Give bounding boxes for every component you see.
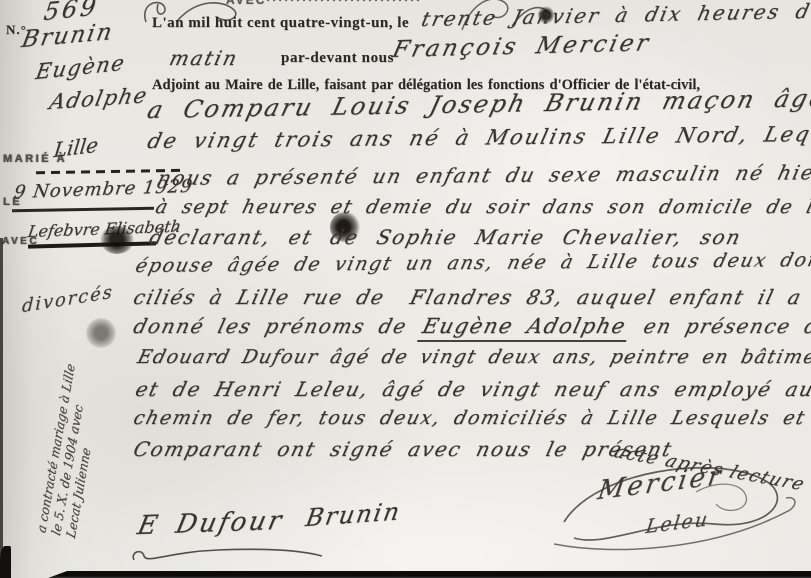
act-line-handwritten: donné les prénoms de Eugène Adolphe en p… xyxy=(131,314,811,338)
margin-surname: Brunin xyxy=(19,19,116,54)
margin-firstname: Eugène xyxy=(34,50,128,84)
act-line-segment: Flandres 83, auquel enfant il a xyxy=(408,285,805,309)
scan-edge-bottom xyxy=(48,571,811,578)
cut-off-stamp-fragment: AVEC·························· xyxy=(226,0,422,7)
scan-edge-left xyxy=(0,238,3,578)
act-line-segment: donné les prénoms de xyxy=(131,314,410,338)
birth-record-scan: AVEC·························· N.° 569 B… xyxy=(0,0,811,578)
margin-middlename: Adolphe xyxy=(47,83,150,114)
marriage-stamp-place: Lille xyxy=(52,132,99,162)
act-line-handwritten: ciliés à Lille rue deFlandres 83, auquel… xyxy=(131,285,805,309)
act-line-handwritten: déclarant, et de Sophie Marie Chevalier,… xyxy=(147,225,744,249)
stamp-dash-line xyxy=(12,207,154,212)
act-line-printed: L'an mil huit cent quatre-vingt-un, le xyxy=(152,15,409,32)
act-line-handwritten: et de Henri Leleu, âgé de vingt neuf ans… xyxy=(133,377,811,401)
act-line-handwritten: Edouard Dufour âgé de vingt deux ans, pe… xyxy=(135,346,811,368)
act-line-handwritten: nous a présenté un enfant du sexe mascul… xyxy=(155,160,811,190)
act-line-handwritten: matin xyxy=(167,46,241,70)
stamp-dash-line xyxy=(28,241,156,248)
act-line-handwritten: de vingt trois ans né à Moulins Lille No… xyxy=(145,122,811,153)
act-line-printed: par-devant nous xyxy=(281,50,394,67)
witness-dufour-signature: E Dufour xyxy=(135,506,287,541)
act-line-handwritten: chemin de fer, tous deux, domiciliés à L… xyxy=(131,407,811,429)
signature-underline-flourish xyxy=(128,544,328,570)
act-line-handwritten: épouse âgée de vingt un ans, née à Lille… xyxy=(133,249,811,277)
officer-name-handwritten: François Mercier xyxy=(390,30,654,63)
act-line-segment: en présence de xyxy=(641,314,811,338)
declarant-signature: Brunin xyxy=(303,497,403,532)
child-given-names-underlined: Eugène Adolphe xyxy=(417,314,633,342)
scan-edge-corner xyxy=(0,546,11,578)
ink-blot xyxy=(100,226,134,254)
act-line-segment: ciliés à Lille rue de xyxy=(131,285,388,309)
act-line-handwritten: à sept heures et demie du soir dans son … xyxy=(153,196,811,218)
ink-blot xyxy=(86,318,116,348)
